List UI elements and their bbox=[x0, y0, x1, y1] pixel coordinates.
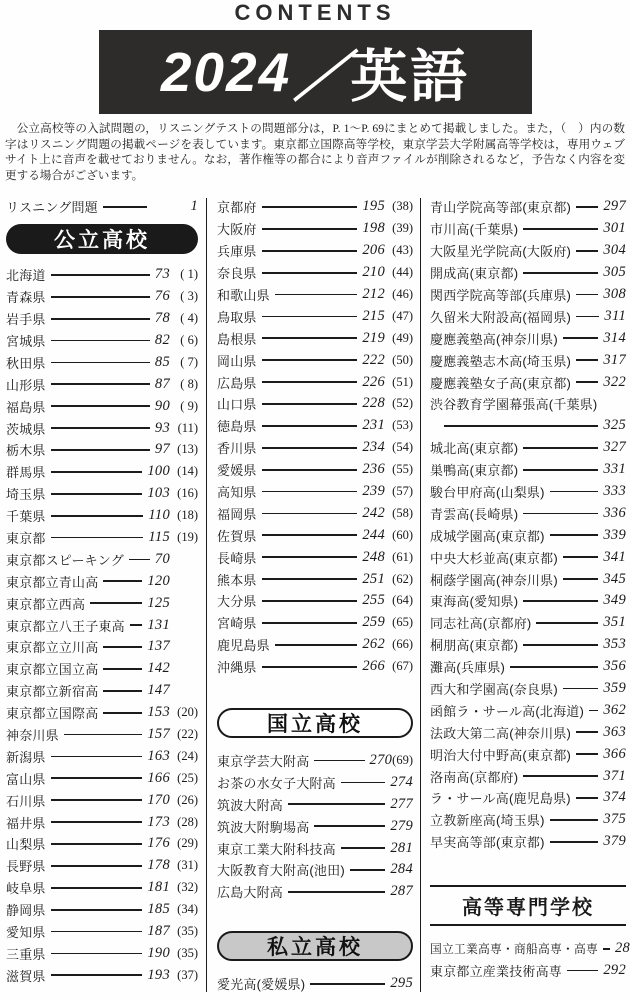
leader-line bbox=[523, 600, 598, 602]
leader-line bbox=[103, 712, 142, 714]
entry-page-number: 166 bbox=[147, 770, 170, 787]
entry-page-number: 374 bbox=[603, 789, 626, 806]
toc-entry: 宮城県82( 6) bbox=[6, 330, 198, 352]
entry-name: 青森県 bbox=[6, 287, 46, 306]
entry-numbers: 212(46) bbox=[362, 286, 413, 303]
toc-entry: 山形県87( 8) bbox=[6, 373, 198, 395]
entry-numbers: 375 bbox=[603, 811, 626, 828]
toc-entry: 立教新座高(埼玉県)375 bbox=[430, 809, 626, 831]
entry-name: 広島大附高 bbox=[217, 882, 283, 901]
toc-entry: 広島大附高287 bbox=[217, 881, 413, 903]
entry-name: 東京都立青山高 bbox=[6, 572, 98, 591]
entry-page-number: 287 bbox=[390, 883, 413, 900]
entry-name: 神奈川県 bbox=[6, 725, 59, 744]
entry-page-number: 153 bbox=[147, 704, 170, 721]
leader-line bbox=[341, 847, 386, 849]
toc-entry: 灘高(兵庫県)356 bbox=[430, 656, 626, 678]
leader-line bbox=[103, 206, 147, 208]
entry-page-number: 234 bbox=[362, 439, 385, 456]
entry-page-number: 363 bbox=[603, 724, 626, 741]
leader-line bbox=[129, 559, 150, 561]
entry-listening-page: (18) bbox=[170, 508, 198, 523]
entry-numbers: 304 bbox=[603, 242, 626, 259]
entry-listening-page: (60) bbox=[385, 528, 413, 543]
leader-line bbox=[262, 316, 358, 318]
toc-entry: 関西学院高等部(兵庫県)308 bbox=[430, 284, 626, 306]
leader-line bbox=[576, 731, 598, 733]
entry-numbers: 170(26) bbox=[147, 792, 198, 809]
entry-page-number: 147 bbox=[147, 682, 170, 699]
toc-entry: 成城学園高(東京都)339 bbox=[430, 524, 626, 546]
leader-line bbox=[262, 206, 358, 208]
entry-numbers: 356 bbox=[603, 658, 626, 675]
entry-name: 慶應義塾志木高(埼玉県) bbox=[430, 351, 571, 370]
toc-entry: 愛知県187(35) bbox=[6, 921, 198, 943]
entry-numbers: 190(35) bbox=[147, 945, 198, 962]
entry-listening-page: (22) bbox=[170, 727, 198, 742]
toc-entry: 宮崎県259(65) bbox=[217, 612, 413, 634]
entry-page-number: 297 bbox=[603, 198, 626, 215]
toc-entry: 奈良県210(44) bbox=[217, 262, 413, 284]
entry-name: 和歌山県 bbox=[217, 285, 270, 304]
toc-entry: 東京都立西高125 bbox=[6, 592, 198, 614]
entry-listening-page: (26) bbox=[170, 793, 198, 808]
toc-entry: 洛南高(京都府)371 bbox=[430, 765, 626, 787]
entry-page-number: 142 bbox=[147, 660, 170, 677]
entry-page-number: 236 bbox=[362, 461, 385, 478]
entry-name: 千葉県 bbox=[6, 506, 46, 525]
leader-line bbox=[262, 469, 358, 471]
toc-entry: 福岡県242(58) bbox=[217, 502, 413, 524]
entry-numbers: 374 bbox=[603, 789, 626, 806]
leader-line bbox=[262, 556, 358, 558]
entry-name: 東京都立八王子東高 bbox=[6, 616, 125, 635]
entry-page-number: 308 bbox=[603, 286, 626, 303]
toc-entry: 東京都立新宿高147 bbox=[6, 680, 198, 702]
entry-numbers: 362 bbox=[603, 702, 626, 719]
leader-line bbox=[51, 515, 144, 517]
entry-page-number: 210 bbox=[362, 264, 385, 281]
entry-page-number: 325 bbox=[603, 417, 626, 434]
entry-numbers: 181(32) bbox=[147, 879, 198, 896]
entry-numbers: 100(14) bbox=[147, 463, 198, 480]
entry-numbers: 85( 7) bbox=[155, 354, 198, 371]
toc-entry: 大阪星光学院高(大阪府)304 bbox=[430, 240, 626, 262]
leader-line bbox=[51, 843, 143, 845]
entry-name: 滋賀県 bbox=[6, 966, 46, 985]
leader-line bbox=[510, 666, 598, 668]
entry-page-number: 70 bbox=[155, 551, 170, 568]
entry-page-number: 163 bbox=[147, 748, 170, 765]
entry-name: 早実高等部(東京都) bbox=[430, 832, 545, 851]
entry-name: 鹿児島県 bbox=[217, 635, 270, 654]
entry-page-number: 178 bbox=[147, 857, 170, 874]
entry-listening-page: (19) bbox=[170, 530, 198, 545]
entry-page-number: 262 bbox=[362, 636, 385, 653]
toc-entry: 栃木県97(13) bbox=[6, 439, 198, 461]
entry-name: 筑波大附高 bbox=[217, 795, 283, 814]
entry-listening-page: (62) bbox=[385, 572, 413, 587]
entry-page-number: 120 bbox=[147, 573, 170, 590]
banner-slash: ／ bbox=[293, 33, 348, 112]
toc-entry: 慶應義塾高(神奈川県)314 bbox=[430, 327, 626, 349]
toc-entry: 同志社高(京都府)351 bbox=[430, 612, 626, 634]
banner-subject: 英語 bbox=[350, 31, 470, 113]
entry-numbers: 115(19) bbox=[148, 529, 198, 546]
section-header-private: 私立高校 bbox=[217, 931, 413, 961]
entry-name: 長崎県 bbox=[217, 548, 257, 567]
leader-line bbox=[576, 753, 598, 755]
leader-line bbox=[64, 734, 143, 736]
leader-line bbox=[51, 974, 143, 976]
toc-entry: 愛光高(愛媛県)295 bbox=[217, 973, 413, 995]
entry-numbers: 157(22) bbox=[147, 726, 198, 743]
entry-listening-page: ( 9) bbox=[170, 399, 198, 414]
entry-listening-page: (13) bbox=[170, 442, 198, 457]
entry-name: 東京都立産業技術高専 bbox=[430, 961, 562, 980]
entry-page-number: 187 bbox=[147, 923, 170, 940]
entry-listening-page: (51) bbox=[385, 375, 413, 390]
kosen-list: 国立工業高専・商船高専・高専288東京都立産業技術高専292 bbox=[430, 938, 626, 982]
leader-line bbox=[262, 272, 358, 274]
entry-page-number: 115 bbox=[148, 529, 170, 546]
entry-page-number: 279 bbox=[390, 818, 413, 835]
entry-page-number: 219 bbox=[362, 330, 385, 347]
entry-name: 法政大第二高(神奈川県) bbox=[430, 723, 571, 742]
entry-listening-page: (38) bbox=[385, 199, 413, 214]
entry-numbers: 142 bbox=[147, 660, 198, 677]
entry-numbers: 236(55) bbox=[362, 461, 413, 478]
entry-name: 三重県 bbox=[6, 944, 46, 963]
toc-entry: 岡山県222(50) bbox=[217, 349, 413, 371]
entry-numbers: 87( 8) bbox=[155, 376, 198, 393]
entry-name: 市川高(千葉県) bbox=[430, 219, 518, 238]
leader-line bbox=[444, 425, 598, 427]
toc-entry: 大阪府198(39) bbox=[217, 218, 413, 240]
entry-listening-page: (32) bbox=[170, 880, 198, 895]
entry-name: 東京都立西高 bbox=[6, 594, 85, 613]
entry-page-number: 311 bbox=[604, 308, 626, 325]
entry-page-number: 270 bbox=[370, 752, 393, 769]
entry-name: 東京工業大附科技高 bbox=[217, 839, 336, 858]
entry-page-number: 255 bbox=[362, 592, 385, 609]
toc-entry: 東京都立立川高137 bbox=[6, 636, 198, 658]
entry-numbers: 244(60) bbox=[362, 527, 413, 544]
leader-line bbox=[523, 447, 598, 449]
toc-entry: 市川高(千葉県)301 bbox=[430, 218, 626, 240]
entry-listening-page: (55) bbox=[385, 462, 413, 477]
entry-listening-page: (16) bbox=[170, 486, 198, 501]
toc-entry: 城北高(東京都)327 bbox=[430, 437, 626, 459]
leader-line bbox=[51, 799, 143, 801]
entry-name: 久留米大附設高(福岡県) bbox=[430, 307, 571, 326]
leader-line bbox=[550, 841, 599, 843]
entry-numbers: 295 bbox=[390, 975, 413, 992]
entry-name: 東海高(愛知県) bbox=[430, 591, 518, 610]
entry-name: 福島県 bbox=[6, 397, 46, 416]
entry-name: 洛南高(京都府) bbox=[430, 767, 518, 786]
toc-entry: 山梨県176(29) bbox=[6, 833, 198, 855]
leader-line bbox=[130, 624, 143, 626]
entry-name: 山梨県 bbox=[6, 834, 46, 853]
leader-line bbox=[576, 206, 598, 208]
entry-numbers: 277 bbox=[390, 796, 413, 813]
entry-name: 徳島県 bbox=[217, 416, 257, 435]
entry-numbers: 359 bbox=[603, 680, 626, 697]
leader-line bbox=[550, 534, 599, 536]
leader-line bbox=[51, 821, 143, 823]
entry-numbers: 308 bbox=[603, 286, 626, 303]
entry-numbers: 366 bbox=[603, 746, 626, 763]
leader-line bbox=[51, 931, 143, 933]
entry-name: お茶の水女子大附高 bbox=[217, 773, 336, 792]
entry-name: 奈良県 bbox=[217, 263, 257, 282]
entry-numbers: 198(39) bbox=[362, 220, 413, 237]
entry-page-number: 110 bbox=[148, 507, 170, 524]
entry-numbers: 120 bbox=[147, 573, 198, 590]
toc-entry: 三重県190(35) bbox=[6, 943, 198, 965]
entry-page-number: 359 bbox=[603, 680, 626, 697]
leader-line bbox=[51, 887, 143, 889]
entry-name: 同志社高(京都府) bbox=[430, 613, 531, 632]
entry-page-number: 356 bbox=[603, 658, 626, 675]
leader-line bbox=[103, 668, 142, 670]
entry-name: 香川県 bbox=[217, 438, 257, 457]
leader-line bbox=[51, 449, 150, 451]
entry-numbers: 76( 3) bbox=[155, 288, 198, 305]
entry-name: 立教新座高(埼玉県) bbox=[430, 810, 545, 829]
toc-entry: 筑波大附高277 bbox=[217, 793, 413, 815]
entry-listening-page: (53) bbox=[385, 418, 413, 433]
entry-page-number: 288 bbox=[615, 940, 630, 957]
entry-name: 大阪府 bbox=[217, 219, 257, 238]
toc-entry: 桐蔭学園高(神奈川県)345 bbox=[430, 568, 626, 590]
toc-entry-continuation: 325 bbox=[430, 415, 626, 437]
entry-page-number: 215 bbox=[362, 308, 385, 325]
entry-listening-page: (52) bbox=[385, 396, 413, 411]
entry-numbers: 331 bbox=[603, 461, 626, 478]
entry-numbers: 147 bbox=[147, 682, 198, 699]
toc-entry: 東京都115(19) bbox=[6, 527, 198, 549]
leader-line bbox=[262, 359, 358, 361]
entry-numbers: 103(16) bbox=[147, 485, 198, 502]
toc-entry: 埼玉県103(16) bbox=[6, 483, 198, 505]
entry-page-number: 327 bbox=[603, 439, 626, 456]
entry-listening-page: (65) bbox=[385, 615, 413, 630]
toc-entry: 富山県166(25) bbox=[6, 767, 198, 789]
toc-entry: 茨城県93(11) bbox=[6, 417, 198, 439]
entry-listening-page: (50) bbox=[385, 353, 413, 368]
leader-line bbox=[262, 250, 358, 252]
toc-entry: 渋谷教育学園幕張高(千葉県) bbox=[430, 393, 626, 415]
leader-line bbox=[341, 782, 386, 784]
column-private-schools: 青山学院高等部(東京都)297市川高(千葉県)301大阪星光学院高(大阪府)30… bbox=[430, 196, 626, 982]
toc-entry: 石川県170(26) bbox=[6, 789, 198, 811]
entry-numbers: 195(38) bbox=[362, 198, 413, 215]
toc-entry: 明治大付中野高(東京都)366 bbox=[430, 743, 626, 765]
entry-numbers: 349 bbox=[603, 592, 626, 609]
entry-page-number: 339 bbox=[603, 527, 626, 544]
entry-page-number: 345 bbox=[603, 571, 626, 588]
leader-line bbox=[603, 948, 610, 950]
entry-numbers: 317 bbox=[603, 352, 626, 369]
entry-numbers: 336 bbox=[603, 505, 626, 522]
toc-entry: 中央大杉並高(東京都)341 bbox=[430, 546, 626, 568]
entry-name: 広島県 bbox=[217, 373, 257, 392]
entry-numbers: 1 bbox=[190, 198, 198, 215]
leader-line bbox=[523, 272, 598, 274]
entry-listening-page: (31) bbox=[170, 858, 198, 873]
leader-line bbox=[523, 644, 598, 646]
toc-entry: 和歌山県212(46) bbox=[217, 284, 413, 306]
entry-page-number: 90 bbox=[155, 398, 170, 415]
entry-numbers: 281 bbox=[390, 840, 413, 857]
entry-numbers: 251(62) bbox=[362, 571, 413, 588]
leader-line bbox=[51, 537, 144, 539]
leader-line bbox=[262, 337, 358, 339]
entry-name: 岩手県 bbox=[6, 309, 46, 328]
leader-line bbox=[51, 362, 150, 364]
toc-entry: 群馬県100(14) bbox=[6, 461, 198, 483]
entry-numbers: 78( 4) bbox=[155, 310, 198, 327]
toc-entry: お茶の水女子大附高274 bbox=[217, 771, 413, 793]
toc-page: CONTENTS 2024 ／ 英語 公立高校等の入試問題の，リスニングテストの… bbox=[0, 0, 630, 1000]
toc-entry-listening: リスニング問題 1 bbox=[6, 196, 198, 218]
entry-page-number: 82 bbox=[155, 332, 170, 349]
toc-entry: 山口県228(52) bbox=[217, 393, 413, 415]
entry-numbers: 333 bbox=[603, 483, 626, 500]
entry-numbers: 82( 6) bbox=[155, 332, 198, 349]
toc-entry: 筑波大附駒場高279 bbox=[217, 815, 413, 837]
entry-numbers: 297 bbox=[603, 198, 626, 215]
entry-listening-page: (49) bbox=[385, 331, 413, 346]
entry-numbers: 262(66) bbox=[362, 636, 413, 653]
entry-name: 成城学園高(東京都) bbox=[430, 526, 545, 545]
toc-entry: 青森県76( 3) bbox=[6, 286, 198, 308]
leader-line bbox=[262, 228, 358, 230]
entry-name: 沖縄県 bbox=[217, 657, 257, 676]
leader-line bbox=[51, 756, 143, 758]
entry-numbers: 215(47) bbox=[362, 308, 413, 325]
entry-name: 巣鴨高(東京都) bbox=[430, 460, 518, 479]
entry-numbers: 353 bbox=[603, 636, 626, 653]
entry-page-number: 336 bbox=[603, 505, 626, 522]
entry-page-number: 85 bbox=[155, 354, 170, 371]
entry-name: 兵庫県 bbox=[217, 241, 257, 260]
leader-line bbox=[576, 316, 599, 318]
leader-line bbox=[262, 425, 358, 427]
leader-line bbox=[51, 777, 143, 779]
entry-page-number: 292 bbox=[603, 962, 626, 979]
entry-listening-page: (35) bbox=[170, 946, 198, 961]
entry-listening-page: (66) bbox=[385, 637, 413, 652]
entry-name: 城北高(東京都) bbox=[430, 438, 518, 457]
entry-page-number: 248 bbox=[362, 549, 385, 566]
entry-name: 福井県 bbox=[6, 813, 46, 832]
entry-page-number: 301 bbox=[603, 220, 626, 237]
entry-listening-page: (64) bbox=[385, 593, 413, 608]
toc-entry: 兵庫県206(43) bbox=[217, 240, 413, 262]
entry-numbers: 166(25) bbox=[147, 770, 198, 787]
leader-line bbox=[563, 337, 598, 339]
entry-page-number: 371 bbox=[603, 768, 626, 785]
entry-listening-page: (39) bbox=[385, 221, 413, 236]
toc-entry: 長崎県248(61) bbox=[217, 546, 413, 568]
toc-entry: 岐阜県181(32) bbox=[6, 877, 198, 899]
entry-page-number: 93 bbox=[155, 420, 170, 437]
entry-listening-page: (35) bbox=[170, 924, 198, 939]
section-header-kosen: 高等専門学校 bbox=[430, 885, 626, 926]
entry-page-number: 103 bbox=[147, 485, 170, 502]
toc-entry: 桐朋高(東京都)353 bbox=[430, 634, 626, 656]
entry-page-number: 131 bbox=[147, 617, 170, 634]
year-subject-banner: 2024 ／ 英語 bbox=[99, 30, 532, 114]
entry-name: 愛知県 bbox=[6, 922, 46, 941]
entry-page-number: 331 bbox=[603, 461, 626, 478]
entry-listening-page: (67) bbox=[385, 659, 413, 674]
entry-numbers: 176(29) bbox=[147, 835, 198, 852]
entry-page-number: 281 bbox=[390, 840, 413, 857]
toc-entry: 岩手県78( 4) bbox=[6, 308, 198, 330]
entry-name: 静岡県 bbox=[6, 900, 46, 919]
toc-entry: 青雲高(長崎県)336 bbox=[430, 502, 626, 524]
toc-entry: 秋田県85( 7) bbox=[6, 351, 198, 373]
entry-name: 長野県 bbox=[6, 856, 46, 875]
toc-entry: 徳島県231(53) bbox=[217, 415, 413, 437]
entry-page-number: 97 bbox=[155, 441, 170, 458]
entry-listening-page: (24) bbox=[170, 749, 198, 764]
toc-entry: 千葉県110(18) bbox=[6, 505, 198, 527]
entry-name: 愛光高(愛媛県) bbox=[217, 974, 305, 993]
entry-listening-page: (44) bbox=[385, 265, 413, 280]
entry-name: 西大和学園高(奈良県) bbox=[430, 679, 558, 698]
leader-line bbox=[262, 534, 358, 536]
entry-listening-page: (58) bbox=[385, 506, 413, 521]
toc-entry: 京都府195(38) bbox=[217, 196, 413, 218]
entry-name: 開成高(東京都) bbox=[430, 263, 518, 282]
leader-line bbox=[103, 646, 142, 648]
entry-numbers: 339 bbox=[603, 527, 626, 544]
section-header-national: 国立高校 bbox=[217, 708, 413, 738]
entry-page-number: 73 bbox=[155, 266, 170, 283]
entry-name: 慶應義塾高(神奈川県) bbox=[430, 329, 558, 348]
entry-page-number: 251 bbox=[362, 571, 385, 588]
entry-page-number: 100 bbox=[147, 463, 170, 480]
toc-entry: 静岡県185(34) bbox=[6, 899, 198, 921]
entry-numbers: 137 bbox=[147, 638, 198, 655]
leader-line bbox=[310, 983, 385, 985]
entry-page-number: 341 bbox=[603, 549, 626, 566]
entry-page-number: 317 bbox=[603, 352, 626, 369]
column-mixed: 京都府195(38)大阪府198(39)兵庫県206(43)奈良県210(44)… bbox=[217, 196, 413, 995]
leader-line bbox=[262, 622, 358, 624]
toc-entry: 東京工業大附科技高281 bbox=[217, 837, 413, 859]
entry-numbers: 322 bbox=[603, 374, 626, 391]
toc-entry: 熊本県251(62) bbox=[217, 568, 413, 590]
leader-line bbox=[51, 318, 150, 320]
toc-entry: 福島県90( 9) bbox=[6, 395, 198, 417]
entry-numbers: 125 bbox=[147, 595, 198, 612]
entry-numbers: 97(13) bbox=[155, 441, 198, 458]
entry-name: 渋谷教育学園幕張高(千葉県) bbox=[430, 394, 597, 413]
entry-page-number: 198 bbox=[362, 220, 385, 237]
toc-entry: 巣鴨高(東京都)331 bbox=[430, 459, 626, 481]
toc-entry: 島根県219(49) bbox=[217, 327, 413, 349]
entry-numbers: 341 bbox=[603, 549, 626, 566]
leader-line bbox=[262, 403, 358, 405]
leader-line bbox=[576, 294, 598, 296]
entry-numbers: 110(18) bbox=[148, 507, 198, 524]
